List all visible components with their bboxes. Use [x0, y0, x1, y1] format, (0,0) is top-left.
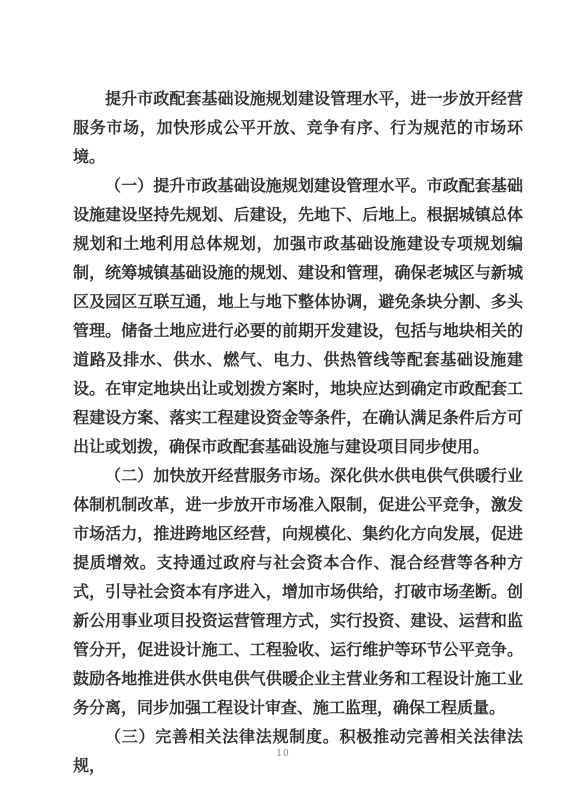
- document-body: 提升市政配套基础设施规划建设管理水平，进一步放开经营服务市场，加快形成公平开放、…: [73, 84, 523, 780]
- paragraph-section-1: （一）提升市政基础设施规划建设管理水平。市政配套基础设施建设坚持先规划、后建设，…: [73, 171, 523, 461]
- page-footer: 10: [0, 743, 566, 761]
- paragraph-intro: 提升市政配套基础设施规划建设管理水平，进一步放开经营服务市场，加快形成公平开放、…: [73, 84, 523, 171]
- paragraph-section-2: （二）加快放开经营服务市场。深化供水供电供气供暖行业体制机制改革，进一步放开市场…: [73, 461, 523, 722]
- document-page: 提升市政配套基础设施规划建设管理水平，进一步放开经营服务市场，加快形成公平开放、…: [0, 0, 566, 800]
- page-number: 10: [276, 749, 289, 759]
